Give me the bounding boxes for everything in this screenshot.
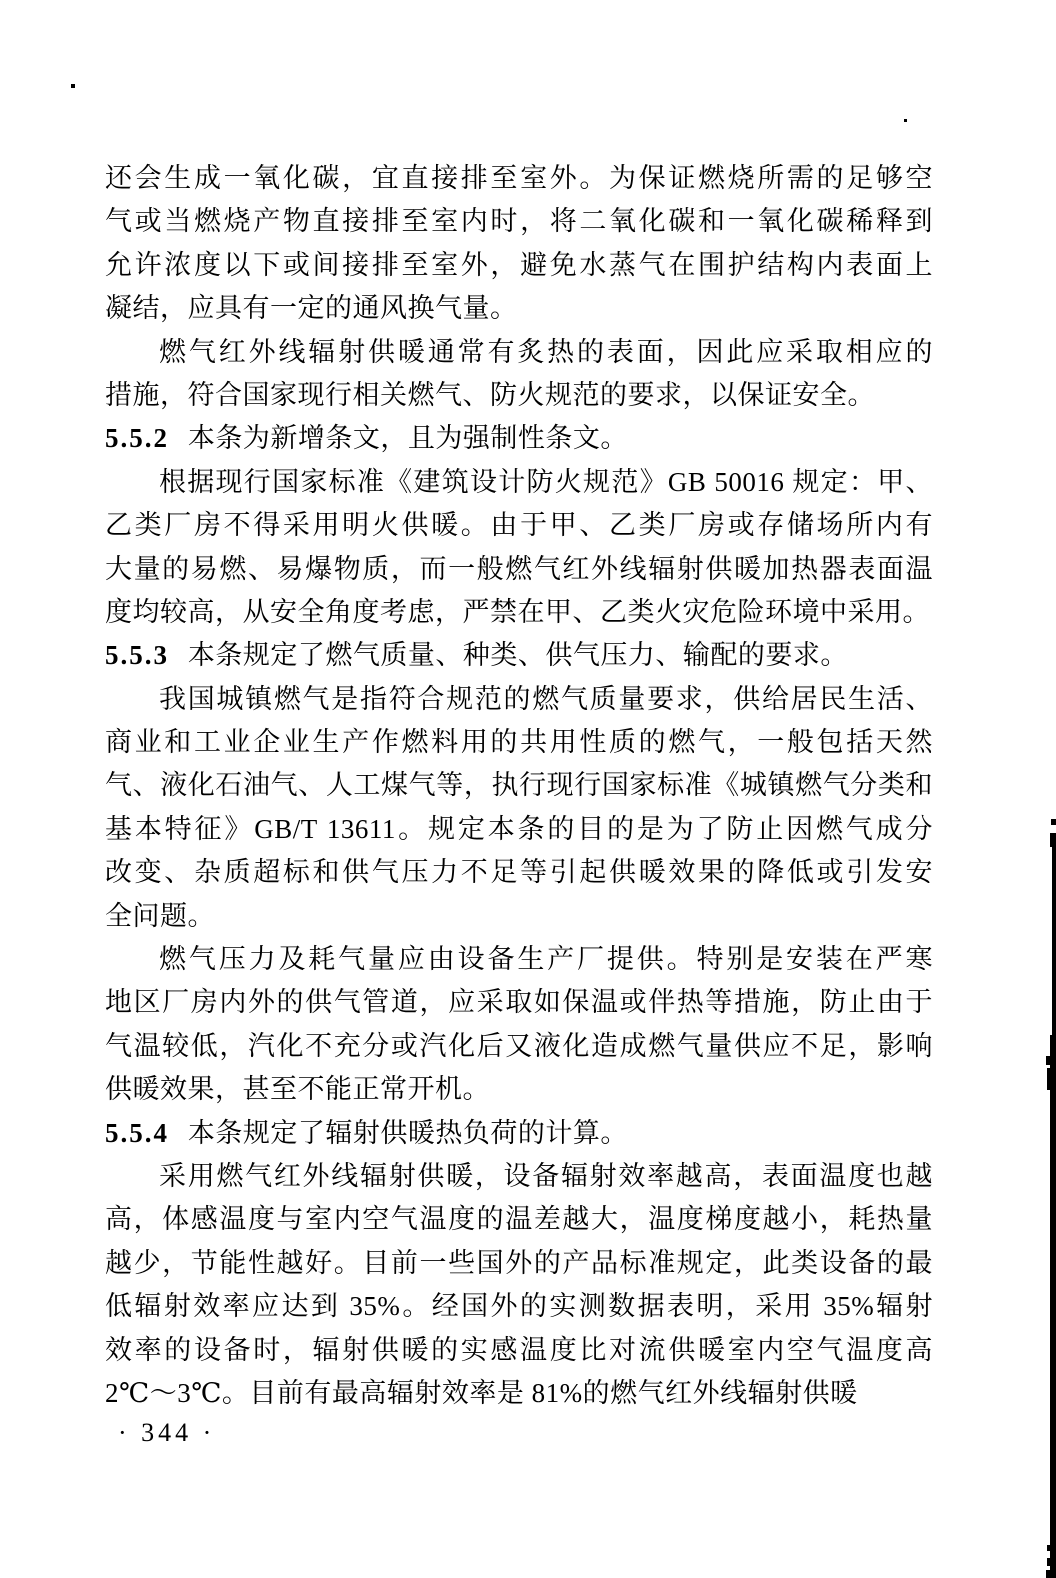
text-line: 供暖效果，甚至不能正常开机。 — [105, 1068, 933, 1111]
scan-artifact-edge-tick — [1046, 1570, 1056, 1578]
scan-artifact-edge-tick — [1047, 1558, 1056, 1566]
text-line: 全问题。 — [105, 895, 933, 938]
text-line: 措施，符合国家现行相关燃气、防火规范的要求，以保证安全。 — [105, 374, 933, 417]
text-line: 燃气红外线辐射供暖通常有炙热的表面，因此应采取相应的 — [105, 331, 933, 374]
scan-speck — [904, 119, 907, 122]
text-line: 基本特征》GB/T 13611。规定本条的目的是为了防止因燃气成分 — [105, 808, 933, 851]
text-line: 燃气压力及耗气量应由设备生产厂提供。特别是安装在严寒 — [105, 938, 933, 981]
text-line: 改变、杂质超标和供气压力不足等引起供暖效果的降低或引发安 — [105, 851, 933, 894]
text-line: 根据现行国家标准《建筑设计防火规范》GB 50016 规定：甲、 — [105, 461, 933, 504]
text-line: 气温较低，汽化不充分或汽化后又液化造成燃气量供应不足，影响 — [105, 1025, 933, 1068]
text-line: 商业和工业企业生产作燃料用的共用性质的燃气，一般包括天然 — [105, 721, 933, 764]
scan-artifact-edge-tick — [1047, 1068, 1056, 1090]
text-line: 效率的设备时，辐射供暖的实感温度比对流供暖室内空气温度高 — [105, 1329, 933, 1372]
section-number: 5.5.2 — [105, 423, 169, 453]
scan-artifact-edge-tick — [1046, 1056, 1056, 1065]
text-line: 高，体感温度与室内空气温度的温差越大，温度梯度越小，耗热量 — [105, 1198, 933, 1241]
scan-artifact-edge-line — [1050, 1035, 1056, 1578]
page-number-footer: · 344 · — [118, 1418, 215, 1448]
text-line: 2℃～3℃。目前有最高辐射效率是 81%的燃气红外线辐射供暖 — [105, 1372, 933, 1415]
text-line: 气、液化石油气、人工煤气等，执行现行国家标准《城镇燃气分类和 — [105, 764, 933, 807]
text-line: 乙类厂房不得采用明火供暖。由于甲、乙类厂房或存储场所内有 — [105, 504, 933, 547]
section-number: 5.5.4 — [105, 1118, 169, 1148]
scan-artifact-edge-dash — [1050, 833, 1056, 847]
text-line: 采用燃气红外线辐射供暖，设备辐射效率越高，表面温度也越 — [105, 1155, 933, 1198]
section-heading-line: 5.5.3本条规定了燃气质量、种类、供气压力、输配的要求。 — [105, 634, 933, 677]
scan-artifact-edge-tick — [1047, 1545, 1056, 1551]
scan-artifact-edge-dash — [1051, 819, 1056, 825]
text-line: 越少，节能性越好。目前一些国外的产品标准规定，此类设备的最 — [105, 1242, 933, 1285]
text-line: 地区厂房内外的供气管道，应采取如保温或伴热等措施，防止由于 — [105, 981, 933, 1024]
text-line: 我国城镇燃气是指符合规范的燃气质量要求，供给居民生活、 — [105, 678, 933, 721]
section-number: 5.5.3 — [105, 640, 169, 670]
text-block: 还会生成一氧化碳，宜直接排至室外。为保证燃烧所需的足够空气或当燃烧产物直接排至室… — [105, 157, 933, 1415]
text-line: 凝结，应具有一定的通风换气量。 — [105, 287, 933, 330]
text-line: 还会生成一氧化碳，宜直接排至室外。为保证燃烧所需的足够空 — [105, 157, 933, 200]
text-line: 气或当燃烧产物直接排至室内时，将二氧化碳和一氧化碳稀释到 — [105, 200, 933, 243]
text-line: 度均较高，从安全角度考虑，严禁在甲、乙类火灾危险环境中采用。 — [105, 591, 933, 634]
text-line: 低辐射效率应达到 35%。经国外的实测数据表明，采用 35%辐射 — [105, 1285, 933, 1328]
scanned-document-page: 还会生成一氧化碳，宜直接排至室外。为保证燃烧所需的足够空气或当燃烧产物直接排至室… — [0, 0, 1056, 1578]
text-line: 允许浓度以下或间接排至室外，避免水蒸气在围护结构内表面上 — [105, 244, 933, 287]
text-line: 大量的易燃、易爆物质，而一般燃气红外线辐射供暖加热器表面温 — [105, 548, 933, 591]
section-heading-line: 5.5.2本条为新增条文，且为强制性条文。 — [105, 417, 933, 460]
section-heading-line: 5.5.4本条规定了辐射供暖热负荷的计算。 — [105, 1112, 933, 1155]
scan-speck — [71, 84, 75, 88]
